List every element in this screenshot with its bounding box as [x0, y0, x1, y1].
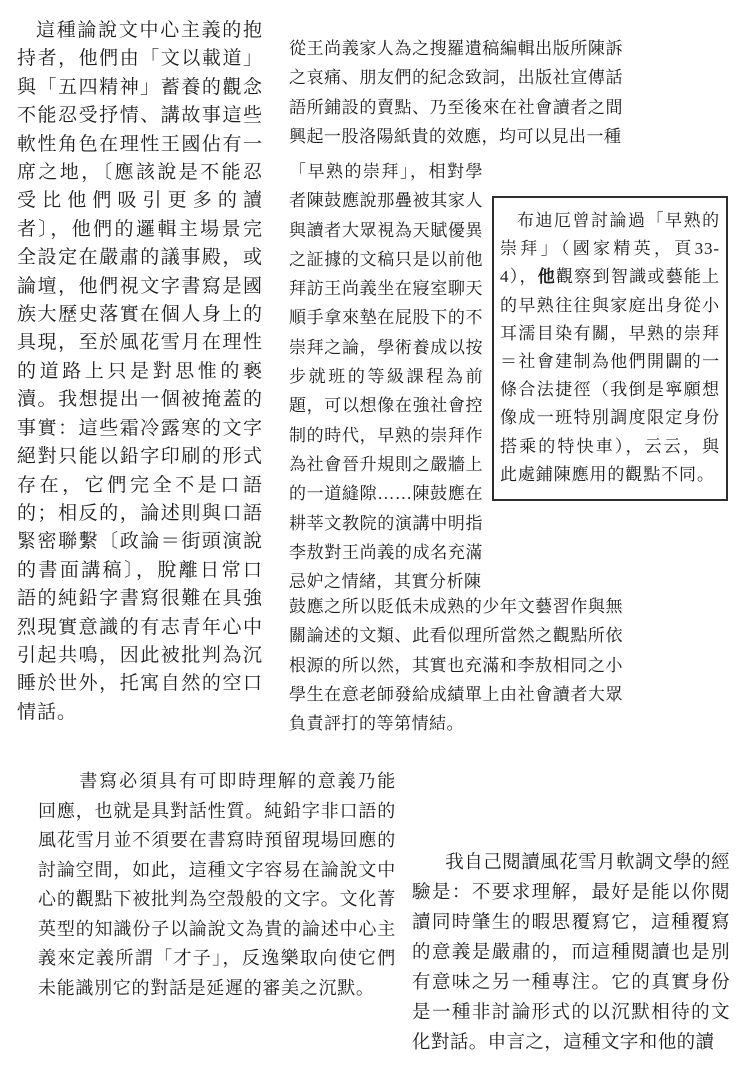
note-bold-emphasis: 他 — [538, 267, 556, 286]
scanned-document-page: 這種論說文中心主義的抱持者，他們由「文以載道」與「五四精神」蓄養的觀念不能忍受抒… — [0, 0, 740, 1071]
note-text-after: 觀察到智識或藝能上的早熟往往與家庭出身從小耳濡目染有關，早熟的崇拜＝社會建制為他… — [500, 267, 720, 483]
boxed-side-note: 布迪厄曾討論過「早熟的崇拜」（國家精英，頁33-4），他觀察到智識或藝能上的早熟… — [492, 196, 728, 501]
middle-column-top: 從王尚義家人為之搜羅遺稿編輯出版所陳訴之哀痛、朋友們的紀念致詞，出版社宣傳話語所… — [289, 34, 623, 151]
bottom-left-paragraph: 書寫必須具有可即時理解的意義乃能回應，也就是具對話性質。純鉛字非口語的風花雪月並… — [38, 767, 396, 1003]
middle-column-below-note: 鼓應之所以貶低未成熟的少年文藝習作與無關論述的文類、此看似理所當然之觀點所依根源… — [289, 592, 623, 738]
left-column-paragraph: 這種論說文中心主義的抱持者，他們由「文以載道」與「五四精神」蓄養的觀念不能忍受抒… — [17, 17, 263, 727]
middle-column-beside-note: 「早熟的崇拜」，相對學者陳鼓應說那疊被其家人與讀者大眾視為天賦優異之証據的文稿只… — [289, 157, 483, 596]
bottom-right-paragraph: 我自己閱讀風花雪月軟調文學的經驗是：不要求理解，最好是能以你閱讀同時肇生的暇思覆… — [412, 848, 730, 1058]
